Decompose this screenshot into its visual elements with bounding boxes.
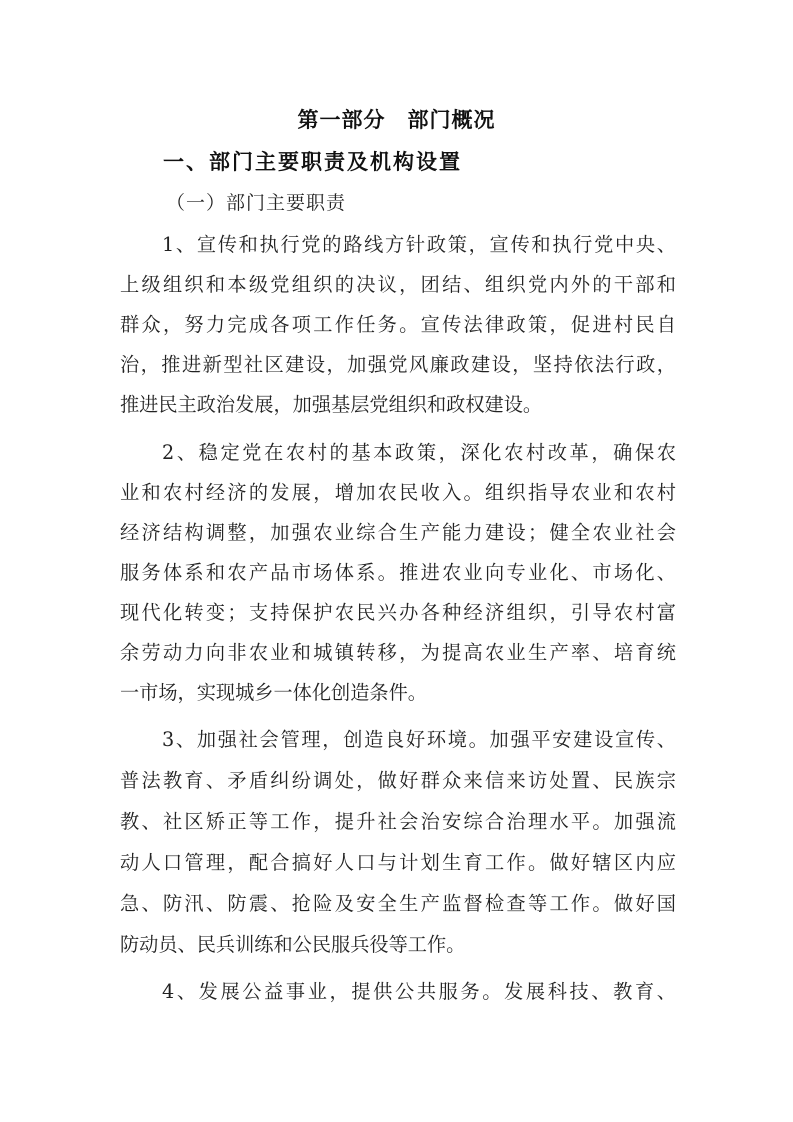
paragraph-line: 余劳动力向非农业和城镇转移，为提高农业生产率、培育统: [120, 641, 676, 665]
paragraph-line: 推进民主政治发展，加强基层党组织和政权建设。: [120, 393, 676, 417]
page-title: 第一部分部门概况: [0, 104, 793, 134]
paragraph-line: 上级组织和本级党组织的决议，团结、组织党内外的干部和: [120, 273, 676, 297]
paragraph-line: 经济结构调整，加强农业综合生产能力建设；健全农业社会: [120, 521, 676, 545]
paragraph-line: 急、防汛、防震、抢险及安全生产监督检查等工作。做好国: [120, 892, 676, 916]
paragraph-line: 群众，努力完成各项工作任务。宣传法律政策，促进村民自: [120, 313, 676, 337]
paragraph-line: 防动员、民兵训练和公民服兵役等工作。: [120, 933, 676, 957]
paragraph-line: 动人口管理，配合搞好人口与计划生育工作。做好辖区内应: [120, 851, 676, 875]
paragraph-line: 服务体系和农产品市场体系。推进农业向专业化、市场化、: [120, 561, 676, 585]
subsection-heading: （一）部门主要职责: [166, 188, 346, 215]
paragraph-line: 治，推进新型社区建设，加强党风廉政建设，坚持依法行政，: [120, 353, 676, 377]
paragraph-line: 2、稳定党在农村的基本政策，深化农村改革，确保农: [162, 441, 676, 465]
paragraph-line: 教、社区矫正等工作，提升社会治安综合治理水平。加强流: [120, 810, 676, 834]
document-page: 第一部分部门概况 一、部门主要职责及机构设置 （一）部门主要职责 1、宣传和执行…: [0, 0, 793, 1122]
paragraph-line: 普法教育、矛盾纠纷调处，做好群众来信来访处置、民族宗: [120, 769, 676, 793]
paragraph-line: 4、发展公益事业，提供公共服务。发展科技、教育、: [162, 980, 676, 1004]
section-heading: 一、部门主要职责及机构设置: [163, 146, 462, 176]
paragraph-line: 一市场，实现城乡一体化创造条件。: [120, 681, 676, 705]
paragraph-line: 业和农村经济的发展，增加农民收入。组织指导农业和农村: [120, 481, 676, 505]
title-name: 部门概况: [408, 108, 496, 132]
paragraph-line: 1、宣传和执行党的路线方针政策，宣传和执行党中央、: [162, 233, 676, 257]
paragraph-line: 3、加强社会管理，创造良好环境。加强平安建设宣传、: [162, 728, 676, 752]
title-part: 第一部分: [298, 108, 386, 132]
paragraph-line: 现代化转变；支持保护农民兴办各种经济组织，引导农村富: [120, 601, 676, 625]
